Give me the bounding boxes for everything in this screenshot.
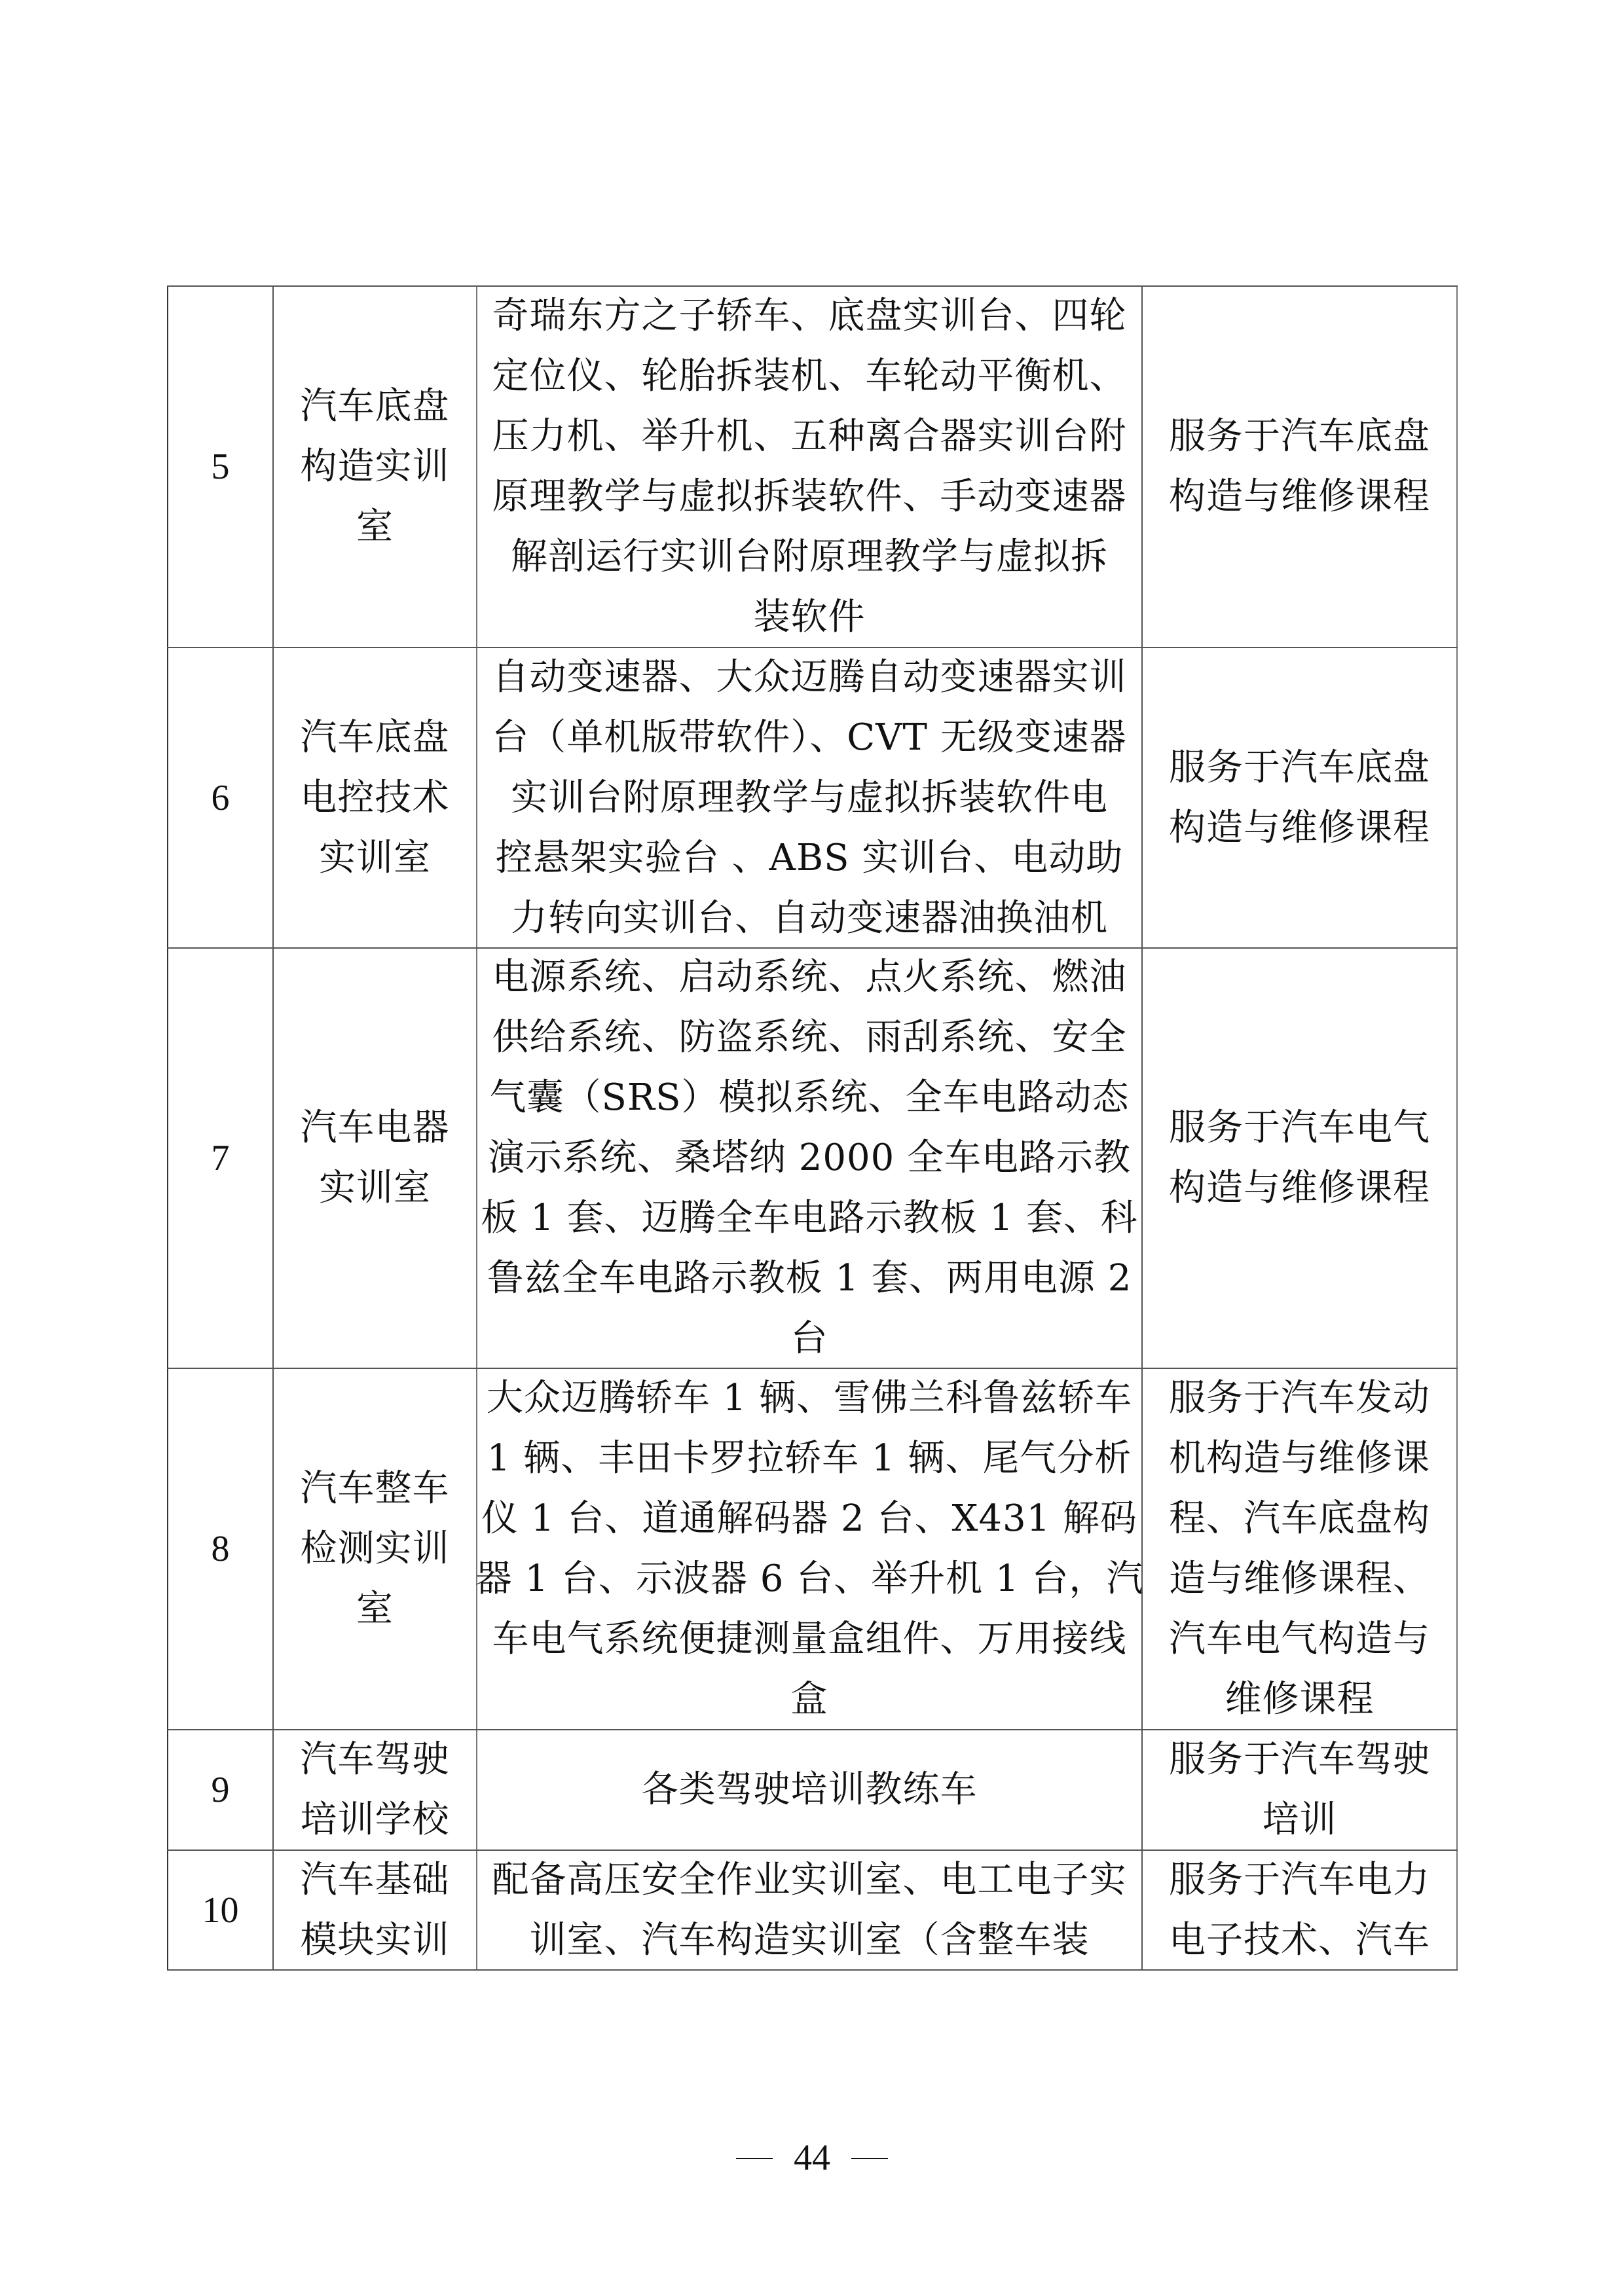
room-name-line: 构造实训 — [301, 437, 450, 497]
room-name-cell: 汽车驾驶 培训学校 — [272, 1730, 476, 1850]
equipment-line: 训室、汽车构造实训室（含整车装 — [530, 1910, 1090, 1971]
room-name-cell: 汽车整车 检测实训 室 — [272, 1369, 476, 1729]
purpose-line: 服务于汽车电力 — [1169, 1850, 1430, 1910]
room-name-line: 汽车驾驶 — [301, 1730, 450, 1790]
equipment-cell: 电源系统、启动系统、点火系统、燃油 供给系统、防盗系统、雨刮系统、安全 气囊（S… — [476, 949, 1141, 1368]
room-name-line: 实训室 — [319, 1158, 431, 1218]
purpose-line: 服务于汽车底盘 — [1169, 407, 1430, 467]
table-row: 10 汽车基础 模块实训 配备高压安全作业实训室、电工电子实 训室、汽车构造实训… — [167, 1850, 1458, 1971]
table-row: 8 汽车整车 检测实训 室 大众迈腾轿车 1 辆、雪佛兰科鲁兹轿车 1 辆、丰田… — [167, 1368, 1458, 1729]
equipment-line: 装软件 — [754, 587, 866, 647]
room-name-line: 检测实训 — [301, 1519, 450, 1579]
equipment-line: 控悬架实验台 、ABS 实训台、电动助 — [496, 828, 1124, 888]
room-name-cell: 汽车电器 实训室 — [272, 949, 476, 1368]
equipment-line: 鲁兹全车电路示教板 1 套、两用电源 2 — [487, 1248, 1132, 1309]
page-number: 44 — [794, 2138, 830, 2178]
room-name-line: 室 — [356, 497, 394, 557]
purpose-cell: 服务于汽车底盘 构造与维修课程 — [1141, 648, 1458, 947]
equipment-line: 原理教学与虚拟拆装软件、手动变速器 — [492, 467, 1127, 527]
table-row: 6 汽车底盘 电控技术 实训室 自动变速器、大众迈腾自动变速器实训 台（单机版带… — [167, 647, 1458, 947]
room-name-line: 汽车整车 — [301, 1459, 450, 1519]
equipment-cell: 配备高压安全作业实训室、电工电子实 训室、汽车构造实训室（含整车装 — [476, 1851, 1141, 1969]
room-name-line: 室 — [356, 1579, 394, 1639]
equipment-line: 压力机、举升机、五种离合器实训台附 — [492, 407, 1127, 467]
table-row: 9 汽车驾驶 培训学校 各类驾驶培训教练车 服务于汽车驾驶 培训 — [167, 1729, 1458, 1850]
equipment-line: 大众迈腾轿车 1 辆、雪佛兰科鲁兹轿车 — [487, 1368, 1132, 1429]
room-name-line: 汽车底盘 — [301, 708, 450, 768]
purpose-cell: 服务于汽车电力 电子技术、汽车 — [1141, 1851, 1458, 1969]
equipment-line: 电源系统、启动系统、点火系统、燃油 — [492, 947, 1127, 1008]
purpose-line: 造与维修课程、 — [1169, 1549, 1430, 1609]
equipment-table: 5 汽车底盘 构造实训 室 奇瑞东方之子轿车、底盘实训台、四轮 定位仪、轮胎拆装… — [167, 285, 1458, 1971]
room-name-line: 培训学校 — [301, 1790, 450, 1850]
purpose-line: 电子技术、汽车 — [1169, 1910, 1430, 1971]
purpose-line: 服务于汽车发动 — [1169, 1368, 1430, 1429]
equipment-line: 实训台附原理教学与虚拟拆装软件电 — [511, 768, 1108, 828]
table-row: 7 汽车电器 实训室 电源系统、启动系统、点火系统、燃油 供给系统、防盗系统、雨… — [167, 947, 1458, 1368]
row-number: 9 — [212, 1760, 230, 1820]
room-name-cell: 汽车底盘 电控技术 实训室 — [272, 648, 476, 947]
purpose-cell: 服务于汽车电气 构造与维修课程 — [1141, 949, 1458, 1368]
equipment-line: 配备高压安全作业实训室、电工电子实 — [492, 1850, 1127, 1910]
equipment-cell: 各类驾驶培训教练车 — [476, 1730, 1141, 1850]
dash-left — [736, 2158, 773, 2159]
row-number-cell: 5 — [167, 287, 272, 647]
purpose-line: 构造与维修课程 — [1169, 798, 1430, 858]
equipment-line: 车电气系统便捷测量盒组件、万用接线 — [492, 1609, 1127, 1669]
equipment-line: 演示系统、桑塔纳 2000 全车电路示教 — [488, 1128, 1131, 1188]
purpose-line: 服务于汽车底盘 — [1169, 738, 1430, 798]
purpose-line: 汽车电气构造与 — [1169, 1609, 1430, 1669]
room-name-line: 模块实训 — [301, 1910, 450, 1971]
room-name-cell: 汽车底盘 构造实训 室 — [272, 287, 476, 647]
purpose-cell: 服务于汽车驾驶 培训 — [1141, 1730, 1458, 1850]
purpose-line: 构造与维修课程 — [1169, 467, 1430, 527]
row-number-cell: 6 — [167, 648, 272, 947]
equipment-line: 解剖运行实训台附原理教学与虚拟拆 — [511, 527, 1108, 587]
row-number: 10 — [202, 1880, 239, 1941]
equipment-line: 力转向实训台、自动变速器油换油机 — [511, 888, 1108, 949]
equipment-line: 盒 — [791, 1669, 828, 1730]
purpose-cell: 服务于汽车底盘 构造与维修课程 — [1141, 287, 1458, 647]
row-number-cell: 10 — [167, 1851, 272, 1969]
row-number: 6 — [212, 768, 230, 828]
dash-right — [851, 2158, 888, 2159]
row-number: 7 — [212, 1128, 230, 1188]
room-name-line: 汽车基础 — [301, 1850, 450, 1910]
purpose-line: 服务于汽车电气 — [1169, 1098, 1430, 1158]
room-name-line: 实训室 — [319, 828, 431, 888]
equipment-cell: 自动变速器、大众迈腾自动变速器实训 台（单机版带软件）、CVT 无级变速器 实训… — [476, 648, 1141, 947]
room-name-line: 汽车电器 — [301, 1098, 450, 1158]
equipment-line: 气囊（SRS）模拟系统、全车电路动态 — [490, 1068, 1130, 1128]
room-name-line: 电控技术 — [301, 768, 450, 828]
equipment-line: 1 辆、丰田卡罗拉轿车 1 辆、尾气分析 — [487, 1429, 1132, 1489]
equipment-line: 仪 1 台、道通解码器 2 台、X431 解码 — [481, 1489, 1137, 1549]
equipment-line: 自动变速器、大众迈腾自动变速器实训 — [492, 647, 1127, 708]
row-number-cell: 7 — [167, 949, 272, 1368]
equipment-line: 奇瑞东方之子轿车、底盘实训台、四轮 — [492, 286, 1127, 346]
equipment-line: 器 1 台、示波器 6 台、举升机 1 台，汽 — [475, 1549, 1144, 1609]
equipment-cell: 大众迈腾轿车 1 辆、雪佛兰科鲁兹轿车 1 辆、丰田卡罗拉轿车 1 辆、尾气分析… — [476, 1369, 1141, 1729]
row-number: 8 — [212, 1519, 230, 1579]
room-name-line: 汽车底盘 — [301, 376, 450, 437]
page-footer: 44 — [0, 2133, 1624, 2183]
room-name-cell: 汽车基础 模块实训 — [272, 1851, 476, 1969]
purpose-line: 培训 — [1263, 1790, 1337, 1850]
equipment-cell: 奇瑞东方之子轿车、底盘实训台、四轮 定位仪、轮胎拆装机、车轮动平衡机、 压力机、… — [476, 287, 1141, 647]
purpose-line: 维修课程 — [1225, 1669, 1375, 1730]
equipment-line: 供给系统、防盗系统、雨刮系统、安全 — [492, 1008, 1127, 1068]
purpose-line: 服务于汽车驾驶 — [1169, 1730, 1430, 1790]
row-number-cell: 9 — [167, 1730, 272, 1850]
equipment-line: 台（单机版带软件）、CVT 无级变速器 — [492, 708, 1126, 768]
table-row: 5 汽车底盘 构造实训 室 奇瑞东方之子轿车、底盘实训台、四轮 定位仪、轮胎拆装… — [167, 285, 1458, 647]
purpose-line: 程、汽车底盘构 — [1169, 1489, 1430, 1549]
purpose-cell: 服务于汽车发动 机构造与维修课 程、汽车底盘构 造与维修课程、 汽车电气构造与 … — [1141, 1369, 1458, 1729]
purpose-line: 构造与维修课程 — [1169, 1158, 1430, 1218]
equipment-line: 板 1 套、迈腾全车电路示教板 1 套、科 — [481, 1188, 1137, 1248]
row-number: 5 — [212, 437, 230, 497]
row-number-cell: 8 — [167, 1369, 272, 1729]
purpose-line: 机构造与维修课 — [1169, 1429, 1430, 1489]
equipment-line: 台 — [791, 1309, 828, 1369]
equipment-line: 定位仪、轮胎拆装机、车轮动平衡机、 — [492, 346, 1127, 407]
equipment-line: 各类驾驶培训教练车 — [642, 1760, 978, 1820]
